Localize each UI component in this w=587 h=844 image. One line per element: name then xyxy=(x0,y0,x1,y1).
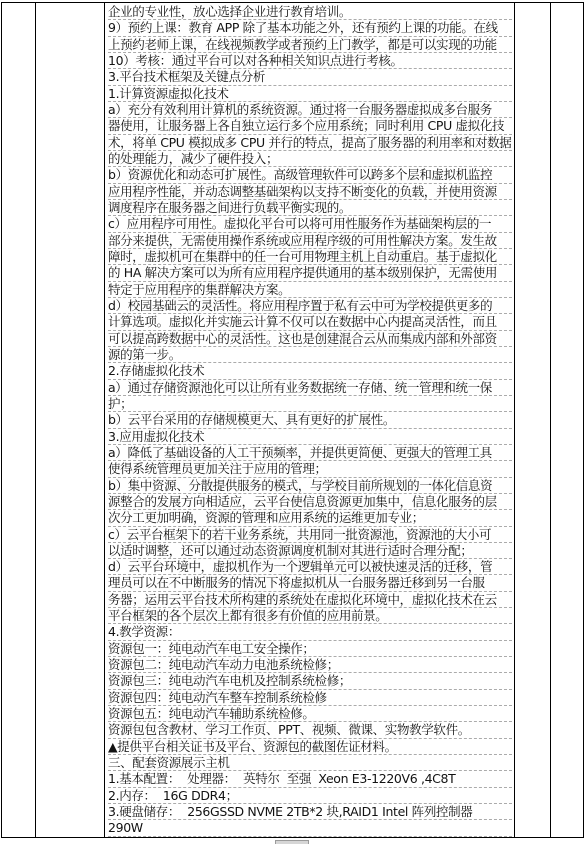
text-line: 资源包五：纯电动汽车辅助系统检修。 xyxy=(108,706,512,722)
text-line: 使得系统管理员更加关注于应用的管理； xyxy=(108,461,512,477)
text-line: 障时，虚拟机可在集群中的任一台可用物理主机上自动重启。基于虚拟化 xyxy=(108,249,512,265)
text-line: 源整合的发展方向相适应，云平台使信息资源更加集中，信息化服务的层 xyxy=(108,494,512,510)
text-line: 器使用，让服务器上各自独立运行多个应用系统；同时利用 CPU 虚拟化技 xyxy=(108,118,512,134)
text-line: 资源包包含教材、学习工作页、PPT、视频、微课、实物教学软件。 xyxy=(108,722,512,738)
text-line: 2.存储虚拟化技术 xyxy=(108,363,512,379)
text-line: a）通过存储资源池化可以让所有业务数据统一存储、统一管理和统一保 xyxy=(108,380,512,396)
text-line: 可以提高跨数据中心的灵活性。这也是创建混合云从而集成内部和外部资 xyxy=(108,331,512,347)
scrollbar-thumb[interactable] xyxy=(275,840,309,844)
text-line: 1.基本配置： 处理器： 英特尔 至强 Xeon E3-1220V6 ,4C8T xyxy=(108,771,512,787)
text-line: 计算选项。虚拟化并实施云计算不仅可以在数据中心内提高灵活性，而且 xyxy=(108,314,512,330)
content-table: 企业的专业性，放心选择企业进行教育培训。9）预约上课：教育 APP 除了基本功能… xyxy=(1,2,584,838)
text-line: 次分工更加明确，资源的管理和应用系统的运维更加专业； xyxy=(108,510,512,526)
table-cell-left-2 xyxy=(36,3,105,837)
text-line: 4.教学资源： xyxy=(108,624,512,640)
table-cell-right-1 xyxy=(515,3,551,837)
text-line: 9）预约上课：教育 APP 除了基本功能之外，还有预约上课的功能。在线 xyxy=(108,20,512,36)
text-line: 务器；运用云平台技术所构建的系统处在虚拟化环境中，虚拟化技术在云 xyxy=(108,592,512,608)
text-line: 应用程序性能，并动态调整基础架构以支持不断变化的负载，并使用资源 xyxy=(108,184,512,200)
text-line: 源的第一步。 xyxy=(108,347,512,363)
text-line: 资源包四：纯电动汽车整车控制系统检修 xyxy=(108,690,512,706)
text-line: 的 HA 解决方案可以为所有应用程序提供通用的基本级别保护，无需使用 xyxy=(108,265,512,281)
text-line: ▲提供平台相关证书及平台、资源包的截图佐证材料。 xyxy=(108,739,512,755)
text-line: 护； xyxy=(108,396,512,412)
text-line: d）云平台环境中，虚拟机作为一个逻辑单元可以被快速灵活的迁移，管 xyxy=(108,559,512,575)
text-line: 资源包一：纯电动汽车电工安全操作； xyxy=(108,641,512,657)
text-line: a）降低了基础设备的人工干预频率，并提供更简便、更强大的管理工具 xyxy=(108,445,512,461)
text-line: 术，将单 CPU 模拟成多 CPU 并行的特点，提高了服务器的利用率和对数据 xyxy=(108,135,512,151)
text-line: d）校园基础云的灵活性。将应用程序置于私有云中可为学校提供更多的 xyxy=(108,298,512,314)
text-line: c）云平台框架下的若干业务系统，共用同一批资源池，资源池的大小可 xyxy=(108,527,512,543)
text-line: 理员可以在不中断服务的情况下将虚拟机从一台服务器迁移到另一台服 xyxy=(108,575,512,591)
text-line: b）云平台采用的存储规模更大、具有更好的扩展性。 xyxy=(108,412,512,428)
text-line: 上预约老师上课，在线视频教学或者预约上门教学，都是可以实现的功能 xyxy=(108,37,512,53)
text-line: 290W xyxy=(108,820,512,836)
text-line: c）应用程序可用性。虚拟化平台可以将可用性服务作为基础架构层的一 xyxy=(108,216,512,232)
table-cell-right-2 xyxy=(551,3,583,837)
text-line: 的处理能力，减少了硬件投入； xyxy=(108,151,512,167)
text-line: 以适时调整，还可以通过动态资源调度机制对其进行适时合理分配； xyxy=(108,543,512,559)
text-line: 特定于应用程序的集群解决方案。 xyxy=(108,282,512,298)
text-line: 3.平台技术框架及关键点分析 xyxy=(108,69,512,85)
text-line: b）资源优化和动态可扩展性。高级管理软件可以跨多个层和虚拟机监控 xyxy=(108,167,512,183)
text-line: 2.内存： 16G DDR4； xyxy=(108,788,512,804)
text-line: 10）考核：通过平台可以对各种相关知识点进行考核。 xyxy=(108,53,512,69)
text-line: a）充分有效利用计算机的系统资源。通过将一台服务器虚拟成多台服务 xyxy=(108,102,512,118)
text-line: 企业的专业性，放心选择企业进行教育培训。 xyxy=(108,4,512,20)
main-text-cell: 企业的专业性，放心选择企业进行教育培训。9）预约上课：教育 APP 除了基本功能… xyxy=(105,3,515,837)
text-line: 调度程序在服务器之间进行负载平衡实现的。 xyxy=(108,200,512,216)
text-line: 部分来提供，无需使用操作系统或应用程序级的可用性解决方案。发生故 xyxy=(108,233,512,249)
table-cell-left-1 xyxy=(2,3,36,837)
text-line: 三、配套资源展示主机 xyxy=(108,755,512,771)
text-line: 3.硬盘储存： 256GSSD NVME 2TB*2 块,RAID1 Intel… xyxy=(108,804,512,820)
text-line: 平台框架的各个层次上都有很多有价值的应用前景。 xyxy=(108,608,512,624)
text-line: 资源包二：纯电动汽车动力电池系统检修； xyxy=(108,657,512,673)
text-line: 资源包三：纯电动汽车电机及控制系统检修； xyxy=(108,673,512,689)
document-page: 企业的专业性，放心选择企业进行教育培训。9）预约上课：教育 APP 除了基本功能… xyxy=(0,0,587,844)
text-line: 1.计算资源虚拟化技术 xyxy=(108,86,512,102)
text-line: 3.应用虚拟化技术 xyxy=(108,429,512,445)
text-line: b）集中资源、分散提供服务的模式，与学校目前所规划的一体化信息资 xyxy=(108,478,512,494)
